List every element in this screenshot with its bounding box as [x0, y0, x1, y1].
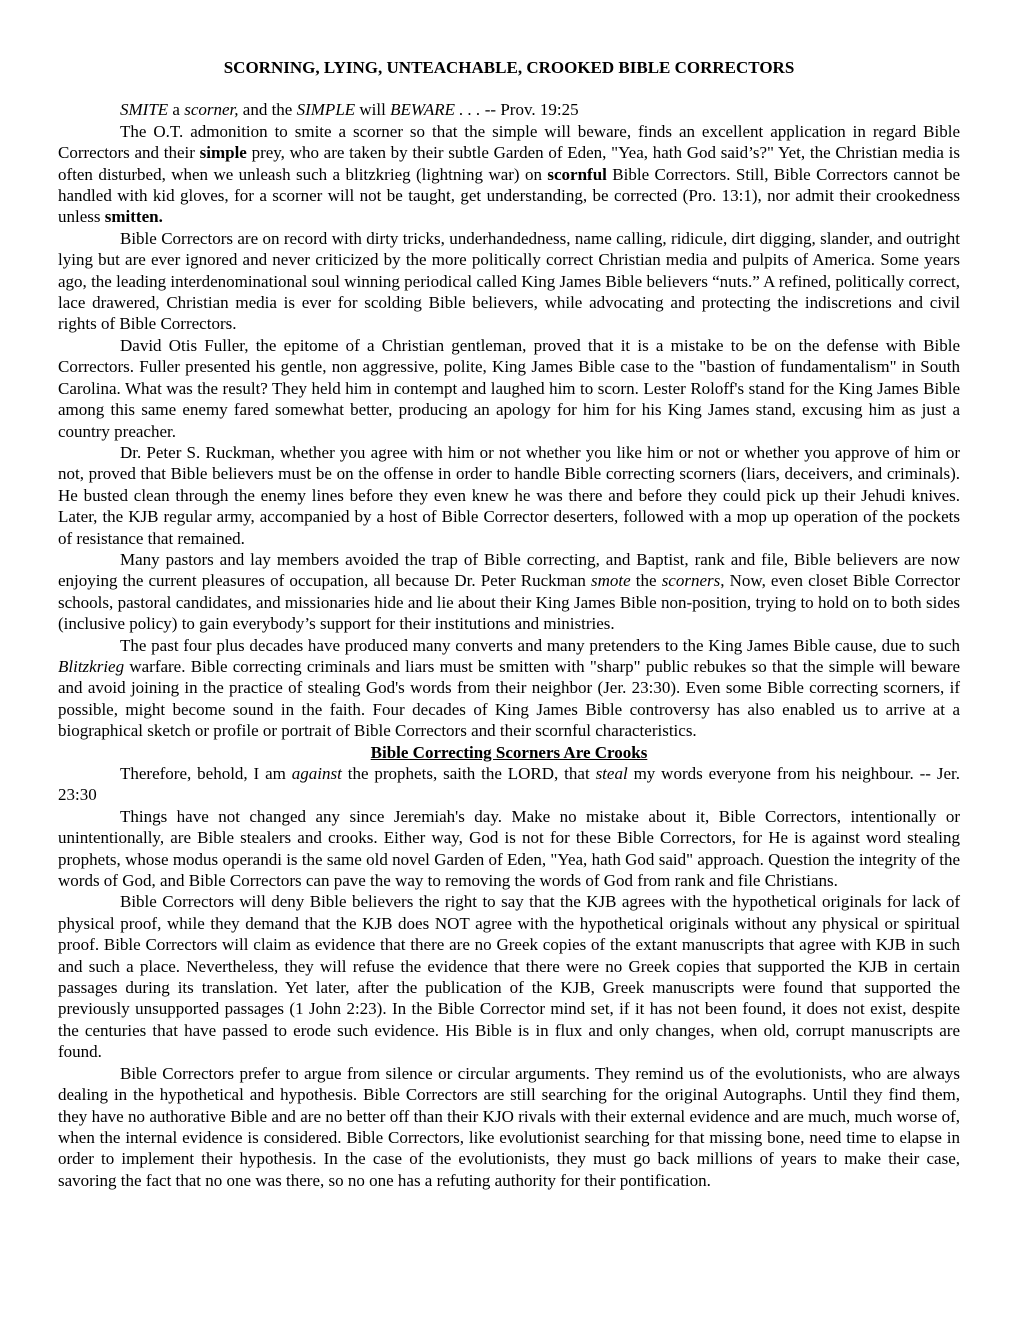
paragraph-many-pastors: Many pastors and lay members avoided the…	[58, 549, 960, 635]
document-title: SCORNING, LYING, UNTEACHABLE, CROOKED BI…	[58, 57, 960, 78]
document-body: SMITE a scorner, and the SIMPLE will BEW…	[58, 99, 960, 1191]
paragraph-dirty-tricks: Bible Correctors are on record with dirt…	[58, 228, 960, 335]
scripture-epigraph-prov: SMITE a scorner, and the SIMPLE will BEW…	[58, 99, 960, 120]
paragraph-ot-admonition: The O.T. admonition to smite a scorner s…	[58, 121, 960, 228]
paragraph-things-not-changed: Things have not changed any since Jeremi…	[58, 806, 960, 892]
scripture-epigraph-jer: Therefore, behold, I am against the prop…	[58, 763, 960, 806]
paragraph-four-decades: The past four plus decades have produced…	[58, 635, 960, 742]
paragraph-peter-ruckman: Dr. Peter S. Ruckman, whether you agree …	[58, 442, 960, 549]
paragraph-david-otis-fuller: David Otis Fuller, the epitome of a Chri…	[58, 335, 960, 442]
document-page: SCORNING, LYING, UNTEACHABLE, CROOKED BI…	[0, 0, 1020, 1320]
paragraph-deny-believers: Bible Correctors will deny Bible believe…	[58, 891, 960, 1062]
section-heading-crooks: Bible Correcting Scorners Are Crooks	[58, 742, 960, 763]
paragraph-argue-from-silence: Bible Correctors prefer to argue from si…	[58, 1063, 960, 1191]
